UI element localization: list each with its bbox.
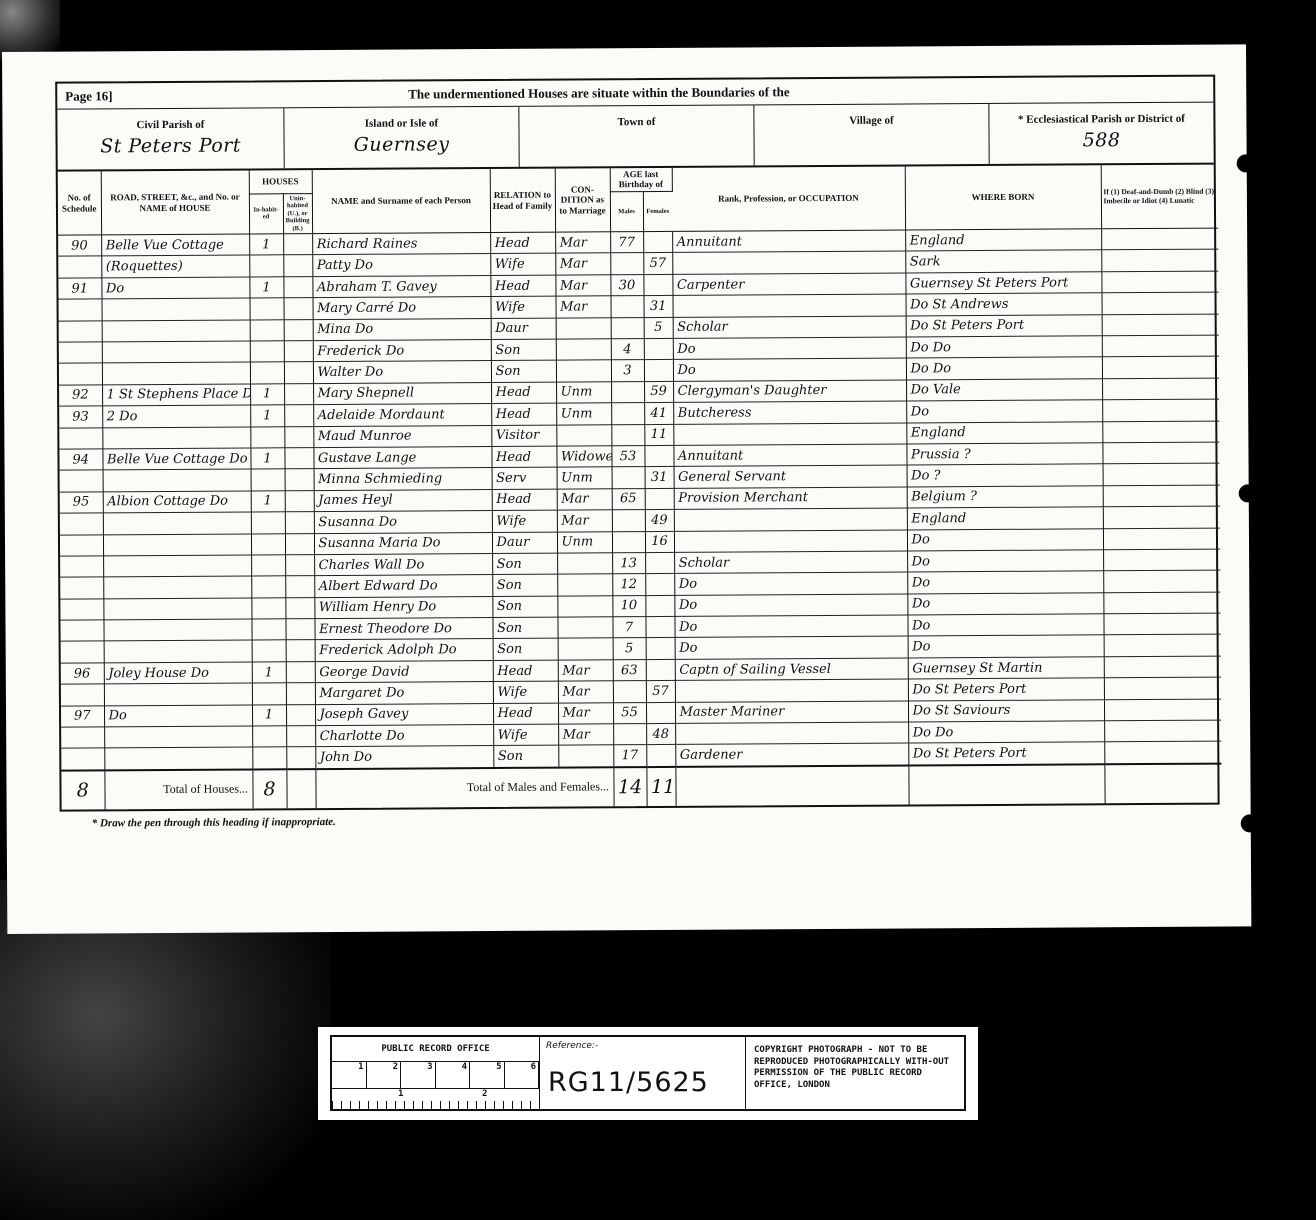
- infirmity-cell: [1102, 356, 1219, 378]
- col-uninhabited: Unin-habited (U.), or Building (B.): [283, 193, 312, 234]
- relation-cell: Head: [491, 403, 556, 425]
- occupation-cell: [672, 251, 905, 274]
- male-age-cell: 55: [613, 702, 646, 724]
- name-cell: Abraham T. Gavey: [312, 275, 490, 297]
- infirmity-cell: [1102, 335, 1219, 357]
- uninhabited-cell: [284, 383, 313, 405]
- inhabited-cell: [251, 555, 285, 577]
- punch-hole: [1241, 814, 1259, 832]
- condition-cell: [556, 360, 611, 382]
- female-age-cell: 57: [643, 253, 672, 275]
- ruler-number: 1: [398, 1089, 403, 1099]
- sched-cell: [60, 577, 103, 599]
- condition-cell: Unm: [556, 382, 611, 404]
- form-frame: Page 16] The undermentioned Houses are s…: [55, 75, 1219, 812]
- male-age-cell: [612, 510, 645, 532]
- uninhabited-cell: [283, 276, 312, 298]
- infirmity-cell: [1104, 720, 1221, 742]
- infirmity-cell: [1102, 314, 1219, 336]
- infirmity-cell: [1102, 378, 1219, 400]
- uninhabited-cell: [284, 341, 313, 363]
- sched-cell: 97: [61, 706, 104, 728]
- road-cell: Joley House Do: [104, 662, 252, 684]
- male-age-cell: [612, 531, 645, 553]
- inhabited-cell: [250, 341, 284, 363]
- place-headings: Civil Parish of St Peters Port Island or…: [57, 103, 1213, 172]
- female-age-cell: [644, 360, 673, 382]
- road-cell: Albion Cottage Do: [103, 491, 251, 513]
- col-age: AGE last Birthday of: [610, 168, 672, 192]
- scale-number: 5: [470, 1062, 505, 1088]
- relation-cell: Wife: [490, 254, 555, 276]
- road-cell: [103, 512, 251, 534]
- name-cell: Patty Do: [312, 254, 490, 276]
- uninhabited-cell: [286, 661, 315, 683]
- road-cell: [102, 362, 250, 384]
- condition-cell: Mar: [555, 275, 610, 297]
- name-cell: James Heyl: [314, 489, 492, 511]
- road-cell: [102, 298, 250, 320]
- relation-cell: Serv: [492, 467, 557, 489]
- infirmity-cell: [1102, 399, 1219, 421]
- scale-number: 6: [505, 1062, 540, 1088]
- relation-cell: Wife: [493, 681, 558, 703]
- relation-cell: Head: [492, 489, 557, 511]
- total-blank: [675, 765, 908, 805]
- copyright-notice: COPYRIGHT PHOTOGRAPH - NOT TO BE REPRODU…: [746, 1037, 964, 1109]
- relation-cell: Son: [493, 639, 558, 661]
- total-houses-value: 8: [252, 769, 286, 808]
- female-age-cell: [644, 338, 673, 360]
- road-cell: [103, 469, 251, 491]
- uninhabited-cell: [284, 448, 313, 470]
- inhabited-cell: [252, 683, 286, 705]
- island-label: Island or Isle of: [284, 117, 518, 130]
- infirmity-cell: [1104, 677, 1221, 699]
- road-cell: [104, 683, 252, 705]
- condition-cell: [557, 617, 612, 639]
- village-value: [754, 130, 988, 131]
- road-cell: 2 Do: [102, 405, 250, 427]
- where-born-cell: England: [906, 421, 1102, 444]
- female-age-cell: [644, 445, 673, 467]
- female-age-cell: [645, 595, 674, 617]
- condition-cell: [557, 595, 612, 617]
- inhabited-cell: [251, 576, 285, 598]
- condition-cell: [556, 424, 611, 446]
- uninhabited-cell: [283, 234, 312, 256]
- condition-cell: Unm: [557, 531, 612, 553]
- relation-cell: Head: [491, 446, 556, 468]
- where-born-cell: Do: [907, 571, 1103, 594]
- female-age-cell: [645, 616, 674, 638]
- condition-cell: Mar: [556, 296, 611, 318]
- uninhabited-cell: [285, 597, 314, 619]
- male-age-cell: 65: [612, 488, 645, 510]
- female-age-cell: 49: [645, 510, 674, 532]
- female-age-cell: [646, 745, 675, 767]
- road-cell: Do: [101, 277, 249, 299]
- occupation-cell: Clergyman's Daughter: [673, 380, 906, 403]
- inhabited-cell: [250, 319, 284, 341]
- name-cell: John Do: [315, 746, 493, 769]
- occupation-cell: [673, 423, 906, 446]
- female-age-cell: [645, 488, 674, 510]
- condition-cell: Mar: [557, 489, 612, 511]
- road-cell: Belle Vue Cottage Do: [102, 448, 250, 470]
- female-age-cell: 11: [644, 424, 673, 446]
- infirmity-cell: [1103, 592, 1220, 614]
- name-cell: Mary Carré Do: [313, 297, 491, 319]
- female-age-cell: 57: [646, 681, 675, 703]
- condition-cell: Mar: [558, 724, 613, 746]
- inhabited-cell: [252, 726, 286, 748]
- scale-block: PUBLIC RECORD OFFICE 1 2 3 4 5 6 1 2: [332, 1037, 540, 1109]
- road-cell: [102, 320, 250, 342]
- female-age-cell: 5: [644, 317, 673, 339]
- inhabited-cell: 1: [249, 234, 283, 256]
- infirmity-cell: [1101, 271, 1218, 293]
- name-cell: Susanna Do: [314, 511, 492, 533]
- total-houses-label: Total of Houses...: [104, 769, 252, 809]
- punch-hole: [1239, 484, 1257, 502]
- occupation-cell: [674, 508, 907, 531]
- infirmity-cell: [1103, 528, 1220, 550]
- sched-cell: [60, 534, 103, 556]
- male-age-cell: [613, 681, 646, 703]
- uninhabited-cell: [286, 683, 315, 705]
- island: Island or Isle of Guernsey: [284, 107, 519, 168]
- inhabited-cell: [251, 512, 285, 534]
- occupation-cell: Do: [673, 358, 906, 381]
- where-born-cell: Do Do: [908, 721, 1104, 744]
- sched-cell: [58, 256, 101, 278]
- uninhabited-cell: [285, 512, 314, 534]
- road-cell: [103, 598, 251, 620]
- where-born-cell: England: [907, 507, 1103, 530]
- col-where-born: WHERE BORN: [905, 165, 1101, 230]
- female-age-cell: [646, 702, 675, 724]
- male-age-cell: [610, 253, 643, 275]
- infirmity-cell: [1103, 549, 1220, 571]
- total-persons-label: Total of Males and Females...: [315, 767, 613, 808]
- road-cell: [104, 640, 252, 662]
- occupation-cell: [674, 529, 907, 552]
- inhabited-cell: 1: [252, 662, 286, 684]
- inhabited-cell: [250, 426, 284, 448]
- scale-numbers: 1 2 3 4 5 6: [332, 1062, 539, 1089]
- sched-cell: 94: [59, 449, 102, 471]
- male-age-cell: [611, 317, 644, 339]
- uninhabited-cell: [285, 576, 314, 598]
- where-born-cell: Guernsey St Martin: [908, 657, 1104, 680]
- col-females: Females: [643, 191, 672, 232]
- where-born-cell: Do: [907, 528, 1103, 551]
- condition-cell: Mar: [558, 681, 613, 703]
- where-born-cell: Guernsey St Peters Port: [905, 272, 1101, 295]
- scale-number: 4: [436, 1062, 471, 1088]
- reference-block: Reference:- RG11/5625: [540, 1037, 746, 1109]
- col-males: Males: [610, 191, 643, 232]
- island-value: Guernsey: [285, 133, 519, 156]
- name-cell: Adelaide Mordaunt: [313, 404, 491, 426]
- where-born-cell: Do ?: [907, 464, 1103, 487]
- infirmity-cell: [1104, 656, 1221, 678]
- relation-cell: Head: [493, 703, 558, 725]
- town-label: Town of: [519, 115, 753, 128]
- where-born-cell: Do St Peters Port: [908, 678, 1104, 701]
- road-cell: [104, 747, 252, 770]
- civil-parish-value: St Peters Port: [58, 134, 284, 157]
- relation-cell: Son: [493, 746, 558, 768]
- male-age-cell: [612, 467, 645, 489]
- uninhabited-cell: [283, 255, 312, 277]
- infirmity-cell: [1104, 741, 1221, 764]
- male-age-cell: 17: [613, 745, 646, 767]
- footnote: * Draw the pen through this heading if i…: [92, 810, 1220, 829]
- totals-row: 8Total of Houses...8Total of Males and F…: [61, 763, 1221, 809]
- inhabited-cell: 1: [250, 448, 284, 470]
- female-age-cell: [643, 231, 672, 253]
- uninhabited-cell: [284, 319, 313, 341]
- occupation-cell: Scholar: [673, 316, 906, 339]
- name-cell: Ernest Theodore Do: [314, 618, 492, 640]
- male-age-cell: [611, 424, 644, 446]
- road-cell: [104, 726, 252, 748]
- uninhabited-cell: [286, 704, 315, 726]
- condition-cell: Mar: [558, 702, 613, 724]
- sched-cell: [60, 556, 103, 578]
- inhabited-cell: [251, 597, 285, 619]
- infirmity-cell: [1101, 228, 1218, 250]
- occupation-cell: Provision Merchant: [674, 487, 907, 510]
- inhabited-cell: [252, 747, 286, 769]
- road-cell: Do: [104, 705, 252, 727]
- inhabited-cell: [250, 298, 284, 320]
- name-cell: Margaret Do: [315, 682, 493, 704]
- uninhabited-cell: [284, 298, 313, 320]
- total-females: 11: [646, 767, 675, 806]
- uninhabited-cell: [286, 640, 315, 662]
- total-blank: [1104, 763, 1221, 803]
- female-age-cell: [645, 574, 674, 596]
- male-age-cell: 30: [610, 274, 643, 296]
- village: Village of: [754, 104, 989, 165]
- total-uninhabited: [286, 769, 315, 808]
- relation-cell: Son: [491, 339, 556, 361]
- col-condition: CON-DITION as to Marriage: [555, 168, 610, 232]
- occupation-cell: Annuitant: [673, 444, 906, 467]
- name-cell: Richard Raines: [312, 233, 490, 255]
- where-born-cell: England: [905, 229, 1101, 252]
- road-cell: [102, 341, 250, 363]
- total-schedules: 8: [61, 770, 104, 809]
- relation-cell: Son: [492, 596, 557, 618]
- total-blank: [908, 764, 1104, 804]
- road-cell: 1 St Stephens Place Do: [102, 384, 250, 406]
- male-age-cell: 77: [610, 232, 643, 254]
- uninhabited-cell: [286, 747, 315, 769]
- relation-cell: Wife: [493, 724, 558, 746]
- office-title: PUBLIC RECORD OFFICE: [332, 1037, 539, 1062]
- where-born-cell: Do: [907, 614, 1103, 637]
- road-cell: [102, 427, 250, 449]
- name-cell: Albert Edward Do: [314, 575, 492, 597]
- sched-cell: [61, 684, 104, 706]
- sched-cell: [61, 727, 104, 749]
- relation-cell: Son: [491, 360, 556, 382]
- name-cell: William Henry Do: [314, 596, 492, 618]
- civil-parish: Civil Parish of St Peters Port: [57, 108, 284, 169]
- sched-cell: [59, 427, 102, 449]
- condition-cell: Mar: [558, 660, 613, 682]
- name-cell: Frederick Adolph Do: [315, 639, 493, 661]
- town-value: [520, 131, 754, 132]
- uninhabited-cell: [285, 533, 314, 555]
- inhabited-cell: 1: [251, 491, 285, 513]
- occupation-cell: Do: [674, 572, 907, 595]
- male-age-cell: [613, 724, 646, 746]
- where-born-cell: Do: [906, 400, 1102, 423]
- scale-number: 2: [367, 1062, 402, 1088]
- male-age-cell: 10: [612, 595, 645, 617]
- infirmity-cell: [1103, 463, 1220, 485]
- infirmity-cell: [1103, 570, 1220, 592]
- where-born-cell: Do St Peters Port: [908, 742, 1104, 765]
- name-cell: Minna Schmieding: [314, 468, 492, 490]
- where-born-cell: Belgium ?: [907, 486, 1103, 509]
- occupation-cell: Do: [673, 337, 906, 360]
- condition-cell: Unm: [556, 403, 611, 425]
- where-born-cell: Do Do: [906, 357, 1102, 380]
- boundary-heading: The undermentioned Houses are situate wi…: [0, 81, 1205, 104]
- scale-number: 3: [401, 1062, 436, 1088]
- relation-cell: Head: [490, 275, 555, 297]
- ruler-number: 2: [482, 1089, 487, 1099]
- male-age-cell: 53: [611, 446, 644, 468]
- where-born-cell: Do Do: [906, 336, 1102, 359]
- uninhabited-cell: [285, 554, 314, 576]
- where-born-cell: Do: [907, 592, 1103, 615]
- road-cell: [103, 533, 251, 555]
- occupation-cell: General Servant: [674, 465, 907, 488]
- occupation-cell: [675, 679, 908, 702]
- uninhabited-cell: [285, 490, 314, 512]
- village-label: Village of: [754, 114, 988, 127]
- infirmity-cell: [1104, 635, 1221, 657]
- where-born-cell: Sark: [905, 250, 1101, 273]
- sched-cell: [59, 299, 102, 321]
- sched-cell: 95: [60, 492, 103, 514]
- female-age-cell: 41: [644, 403, 673, 425]
- where-born-cell: Do: [908, 635, 1104, 658]
- relation-cell: Son: [492, 574, 557, 596]
- sched-cell: 92: [59, 385, 102, 407]
- inhabited-cell: 1: [250, 405, 284, 427]
- sched-cell: [59, 363, 102, 385]
- occupation-cell: Annuitant: [672, 230, 905, 253]
- male-age-cell: 13: [612, 552, 645, 574]
- col-name: NAME and Surname of each Person: [312, 169, 490, 234]
- name-cell: Susanna Maria Do: [314, 532, 492, 554]
- condition-cell: [557, 553, 612, 575]
- ecclesiastical-parish-value: 588: [989, 129, 1213, 152]
- ruler: 1 2: [332, 1089, 539, 1109]
- where-born-cell: Do Vale: [906, 379, 1102, 402]
- infirmity-cell: [1102, 442, 1219, 464]
- punch-hole: [1237, 154, 1255, 172]
- inhabited-cell: [251, 469, 285, 491]
- col-inhabited: In-habit-ed: [249, 193, 283, 234]
- sched-cell: 90: [58, 235, 101, 257]
- relation-cell: Son: [492, 617, 557, 639]
- infirmity-cell: [1103, 613, 1220, 635]
- where-born-cell: Prussia ?: [906, 443, 1102, 466]
- uninhabited-cell: [284, 362, 313, 384]
- occupation-cell: Master Mariner: [675, 701, 908, 724]
- male-age-cell: 3: [611, 360, 644, 382]
- female-age-cell: [646, 638, 675, 660]
- where-born-cell: Do St Andrews: [906, 293, 1102, 316]
- inhabited-cell: 1: [250, 384, 284, 406]
- male-age-cell: [611, 403, 644, 425]
- infirmity-cell: [1103, 506, 1220, 528]
- relation-cell: Son: [492, 553, 557, 575]
- sched-cell: [59, 320, 102, 342]
- sched-cell: 96: [61, 663, 104, 685]
- inhabited-cell: [249, 255, 283, 277]
- civil-parish-label: Civil Parish of: [57, 118, 283, 131]
- census-page: Page 16] The undermentioned Houses are s…: [2, 44, 1251, 934]
- male-age-cell: 63: [613, 659, 646, 681]
- where-born-cell: Do: [907, 550, 1103, 573]
- relation-cell: Head: [490, 232, 555, 254]
- male-age-cell: 12: [612, 574, 645, 596]
- occupation-cell: Butcheress: [673, 401, 906, 424]
- relation-cell: Visitor: [491, 425, 556, 447]
- sched-cell: [60, 599, 103, 621]
- sched-cell: [60, 620, 103, 642]
- occupation-cell: Gardener: [675, 743, 908, 766]
- uninhabited-cell: [286, 726, 315, 748]
- sched-cell: 93: [59, 406, 102, 428]
- road-cell: (Roquettes): [101, 255, 249, 277]
- female-age-cell: 31: [645, 467, 674, 489]
- relation-cell: Wife: [491, 296, 556, 318]
- condition-cell: [557, 574, 612, 596]
- inhabited-cell: 1: [252, 704, 286, 726]
- female-age-cell: 48: [646, 723, 675, 745]
- name-cell: Frederick Do: [313, 340, 491, 362]
- inhabited-cell: [251, 533, 285, 555]
- occupation-cell: Do: [674, 594, 907, 617]
- name-cell: Maud Munroe: [313, 425, 491, 447]
- occupation-cell: Scholar: [674, 551, 907, 574]
- ecclesiastical-parish-label: * Ecclesiastical Parish or District of: [989, 113, 1213, 126]
- reference-value: RG11/5625: [548, 1067, 709, 1098]
- infirmity-cell: [1103, 485, 1220, 507]
- condition-cell: [558, 745, 613, 767]
- name-cell: Mary Shepnell: [313, 382, 491, 404]
- uninhabited-cell: [284, 405, 313, 427]
- male-age-cell: 4: [611, 339, 644, 361]
- col-road: ROAD, STREET, &c., and No. or NAME of HO…: [101, 170, 249, 234]
- infirmity-cell: [1101, 249, 1218, 271]
- sched-cell: [61, 748, 104, 770]
- sched-cell: [60, 513, 103, 535]
- relation-cell: Wife: [492, 510, 557, 532]
- male-age-cell: [611, 381, 644, 403]
